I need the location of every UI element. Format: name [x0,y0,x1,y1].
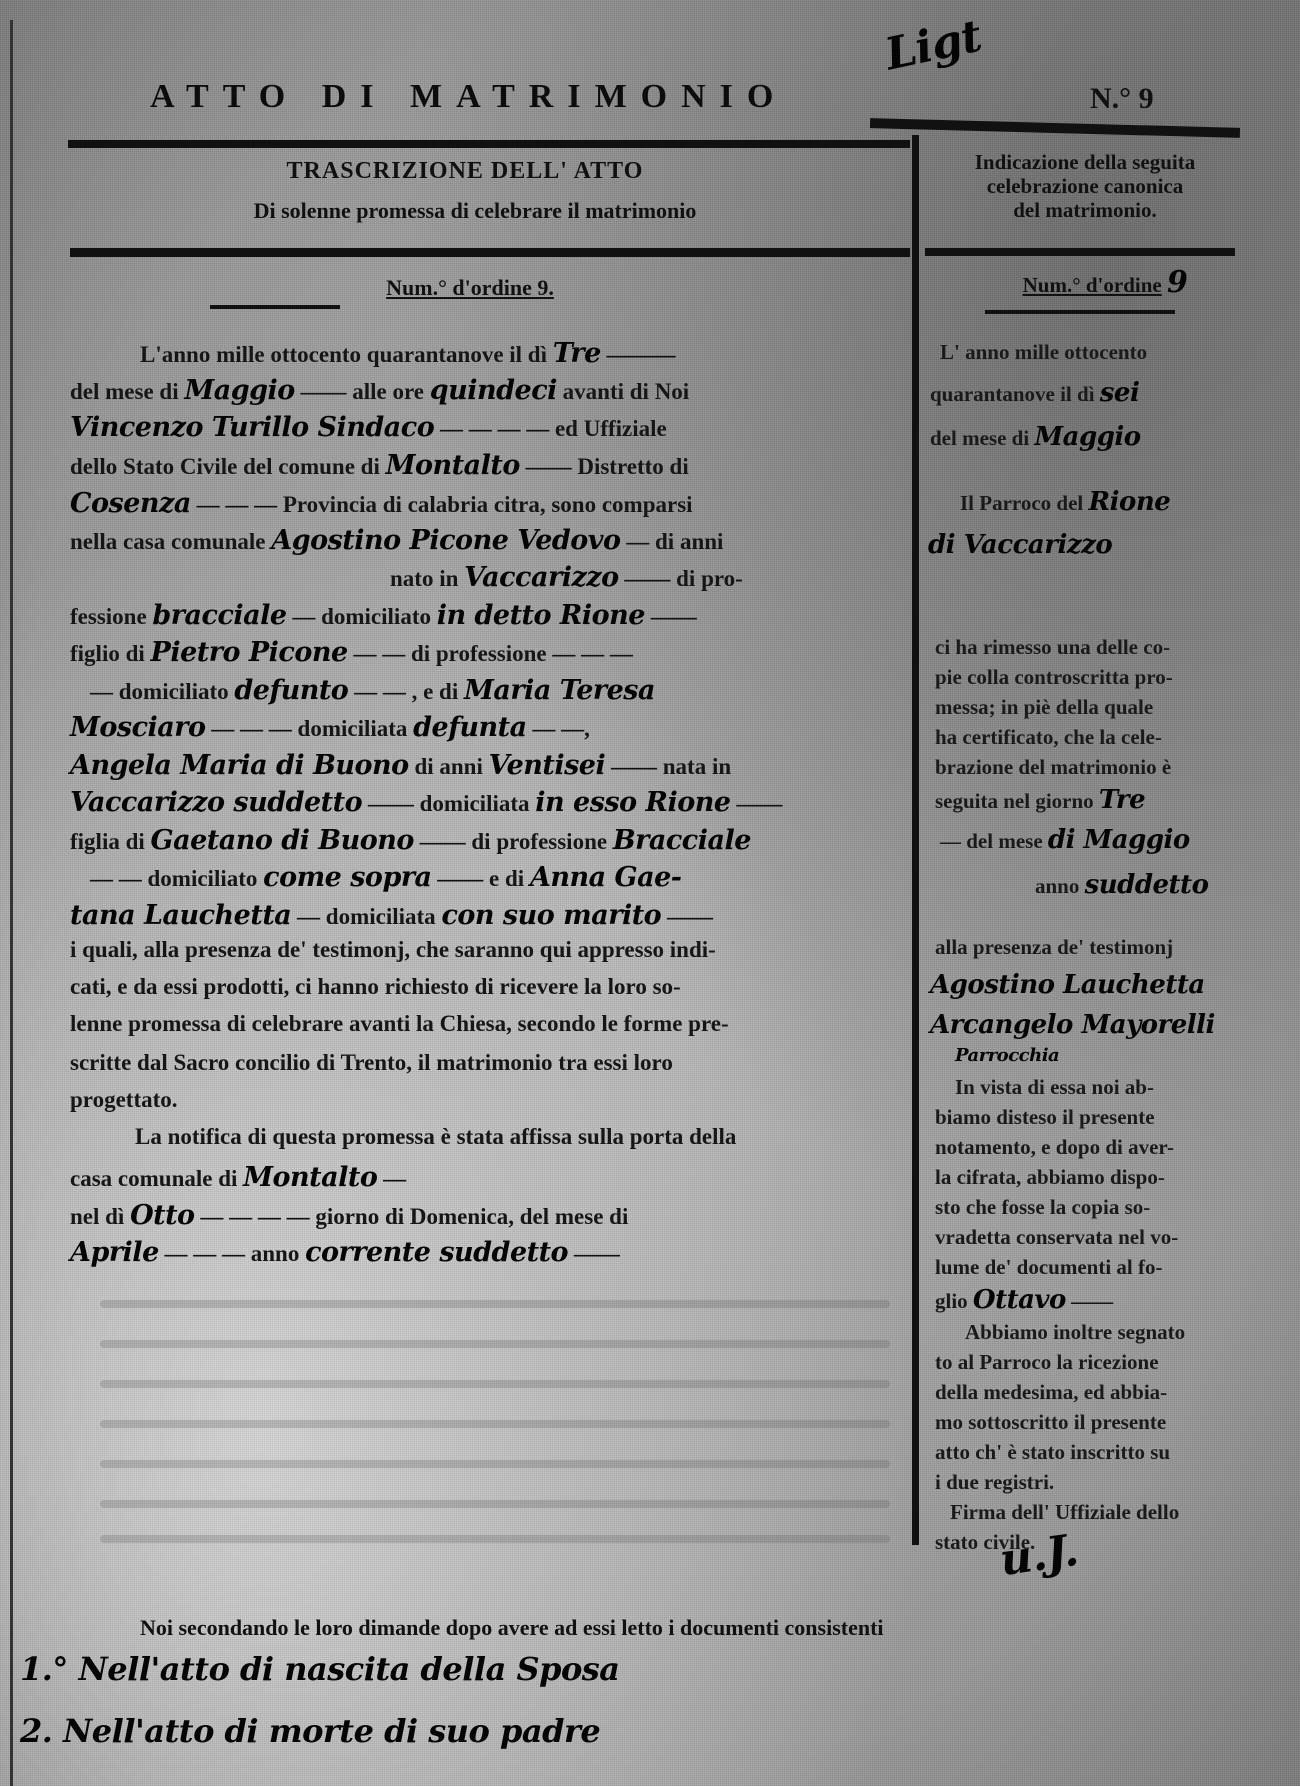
body-line: figlio di Pietro Picone — — di professio… [70,637,633,668]
handwritten-birthplace: Vaccarizzo [464,562,619,593]
faded-text [100,1420,890,1428]
body-line: L'anno mille ottocento quarantanove il d… [140,338,676,369]
handwritten-ceremony-month: di Maggio [1048,825,1190,855]
handwritten-ceremony-day: Tre [1099,785,1145,815]
right-heading-line: del matrimonio. [925,198,1245,222]
printed-text: avanti di Noi [563,379,690,404]
right-line: ha certificato, che la cele- [935,725,1162,750]
printed-text: nato in [390,566,458,591]
faded-text [100,1300,890,1308]
right-line: to al Parroco la ricezione [935,1350,1159,1375]
right-line: Firma dell' Uffiziale dello [950,1500,1179,1525]
printed-text: quarantanove il dì [930,382,1095,406]
printed-text: casa comunale di [70,1166,237,1191]
printed-text: domiciliata [326,904,436,929]
body-line: Angela Maria di Buono di anni Ventisei —… [70,750,731,781]
printed-text: , e di [412,679,459,704]
body-line: dello Stato Civile del comune di Montalt… [70,450,689,481]
body-line: nato in Vaccarizzo —— di pro- [390,562,743,593]
notice-line: casa comunale di Montalto — [70,1162,406,1193]
handwritten-comune: Montalto [386,450,520,481]
heading-rule-left [70,248,910,257]
faded-text [100,1535,890,1543]
body-line: fessione bracciale — domiciliato in dett… [70,600,697,631]
right-line: L' anno mille ottocento [940,340,1147,365]
handwritten-groom-mother: Maria Teresa [464,675,655,706]
handwritten-bride-residence: in esso Rione [535,787,730,818]
printed-text: L'anno mille ottocento quarantanove il d… [140,342,547,367]
right-line: lume de' documenti al fo- [935,1255,1162,1280]
handwritten-profession: bracciale [152,600,286,631]
printed-text: — del mese [940,829,1043,853]
printed-text: di professione [411,641,547,666]
handwritten-bride-mother: Anna Gae- [530,862,682,893]
body-line: — — domiciliato come sopra —— e di Anna … [90,862,681,893]
body-line: Cosenza — — — Provincia di calabria citr… [70,488,693,519]
right-line: di Vaccarizzo [928,530,1112,560]
printed-text: nata in [663,754,731,779]
printed-text: e di [489,866,524,891]
faded-text [100,1380,890,1388]
body-line: figlia di Gaetano di Buono —— di profess… [70,825,751,856]
notice-line: nel dì Otto — — — — giorno di Domenica, … [70,1200,628,1231]
handwritten-status: defunto [234,675,348,706]
faded-text [100,1500,890,1508]
handwritten-note: Parrocchia [955,1045,1059,1066]
printed-text: domiciliato [119,679,229,704]
handwritten-day: Tre [553,338,601,369]
paragraph-line: cati, e da essi prodotti, ci hanno richi… [70,974,681,1000]
document-number: N.° 9 [1090,82,1154,116]
printed-text: fessione [70,604,147,629]
faded-text [100,1460,890,1468]
right-line: biamo disteso il presente [935,1105,1155,1130]
order-underline [210,305,340,309]
paragraph-line: lenne promessa di celebrare avanti la Ch… [70,1011,729,1037]
handwritten-comune: Montalto [243,1162,377,1193]
printed-text: figlia di [70,829,145,854]
right-line: — del mese di Maggio [940,825,1190,855]
right-line: mo sottoscritto il presente [935,1410,1166,1435]
right-order-value: 9 [1167,265,1187,300]
body-line: nella casa comunale Agostino Picone Vedo… [70,525,723,556]
handwritten-residence: con suo marito [441,900,661,931]
printed-text: domiciliato [321,604,431,629]
right-line: quarantanove il dì sei [930,378,1139,408]
handwritten-district: Cosenza [70,488,191,519]
handwritten-folio: Ottavo [973,1285,1066,1315]
printed-text: glio [935,1289,968,1313]
handwritten-bride-age: Ventisei [489,750,606,781]
right-line: vradetta conservata nel vo- [935,1225,1178,1250]
handwritten-day: sei [1100,378,1140,408]
handwritten-parish-place: di Vaccarizzo [928,530,1112,560]
printed-text: anno [251,1241,300,1266]
top-rule-right [870,118,1240,138]
right-heading: Indicazione della seguita celebrazione c… [925,150,1245,222]
right-order-label: Num.° d'ordine [1023,273,1162,297]
handwritten-notice-day: Otto [130,1200,194,1231]
handwritten-bride: Angela Maria di Buono [70,750,409,781]
faded-text [100,1340,890,1348]
right-line: Arcangelo Mayorelli [930,1010,1215,1040]
right-order-number: Num.° d'ordine 9 [985,265,1225,300]
body-line: del mese di Maggio —— alle ore quindeci … [70,375,689,406]
printed-text: del mese di [930,426,1029,450]
body-line: tana Lauchetta — domiciliata con suo mar… [70,900,713,931]
right-heading-line: Indicazione della seguita [925,150,1245,174]
right-line: notamento, e dopo di aver- [935,1135,1174,1160]
left-order-number: Num.° d'ordine 9. [330,275,610,301]
right-line: messa; in piè della quale [935,695,1153,720]
handwritten-bride-father: Gaetano di Buono [151,825,414,856]
right-line: pie colla controscritta pro- [935,665,1173,690]
column-divider [912,135,919,1545]
notice-line: Aprile — — — anno corrente suddetto —— [70,1237,620,1268]
printed-text: seguita nel giorno [935,789,1094,813]
right-line: Abbiamo inoltre segnato [965,1320,1185,1345]
printed-text: Il Parroco del [960,491,1083,515]
right-line: della medesima, ed abbia- [935,1380,1167,1405]
handwritten-parish: Rione [1089,487,1171,517]
printed-text: figlio di [70,641,145,666]
right-line: In vista di essa noi ab- [955,1075,1154,1100]
right-line: alla presenza de' testimonj [935,935,1173,960]
printed-text: anno [1035,874,1079,898]
handwritten-mother-surname: tana Lauchetta [70,900,291,931]
body-line: — domiciliato defunto — — , e di Maria T… [90,675,655,706]
right-line: ci ha rimesso una delle co- [935,635,1170,660]
corner-signature: Ligt [881,10,986,80]
handwritten-witness: Agostino Lauchetta [930,970,1205,1000]
body-line: Vaccarizzo suddetto —— domiciliata in es… [70,787,782,818]
printed-text: di professione [471,829,607,854]
handwritten-residence: in detto Rione [437,600,645,631]
right-line: la cifrata, abbiamo dispo- [935,1165,1165,1190]
body-line: Vincenzo Turillo Sindaco — — — — ed Uffi… [70,412,667,443]
document-page: ATTO DI MATRIMONIO Ligt N.° 9 TRASCRIZIO… [0,0,1300,1786]
right-line: sto che fosse la copia so- [935,1195,1150,1220]
printed-text: di anni [414,754,482,779]
right-line: seguita nel giorno Tre [935,785,1145,815]
handwritten-father-profession: Bracciale [613,825,751,856]
handwritten-officer: Vincenzo Turillo Sindaco [70,412,434,443]
handwritten-bride-birthplace: Vaccarizzo suddetto [70,787,362,818]
printed-text: Distretto di [577,454,688,479]
handwritten-residence: come sopra [263,862,431,893]
document-title: ATTO DI MATRIMONIO [150,78,787,116]
handwritten-status: defunta [413,712,526,743]
right-line: brazione del matrimonio è [935,755,1171,780]
handwritten-witness: Arcangelo Mayorelli [930,1010,1215,1040]
handwritten-month: Maggio [1034,422,1140,452]
printed-text: ed Uffiziale [555,416,667,441]
right-line: Agostino Lauchetta [930,970,1205,1000]
paragraph-line: progettato. [70,1087,178,1113]
handwritten-month: Maggio [184,375,294,406]
handwritten-notice-month: Aprile [70,1237,159,1268]
left-heading-promise: Di solenne promessa di celebrare il matr… [160,198,790,224]
handwritten-document-1: 1.° Nell'atto di nascita della Sposa [20,1650,620,1688]
printed-text: nella casa comunale [70,529,266,554]
right-heading-line: celebrazione canonica [925,174,1245,198]
printed-text: domiciliata [420,791,530,816]
printed-text: nel dì [70,1204,124,1229]
handwritten-ceremony-year: suddetto [1085,870,1209,900]
notice-line: La notifica di questa promessa è stata a… [135,1124,736,1150]
right-line: glio Ottavo —— [935,1285,1113,1315]
handwritten-groom: Agostino Picone Vedovo [271,525,620,556]
printed-text: Provincia di calabria citra, sono compar… [283,492,693,517]
right-line: Il Parroco del Rione [960,487,1170,517]
officer-signature: u.J. [997,1525,1081,1586]
right-line: Parrocchia [955,1042,1059,1067]
paragraph-line: scritte dal Sacro concilio di Trento, il… [70,1050,673,1076]
paragraph-line: i quali, alla presenza de' testimonj, ch… [70,937,716,963]
left-heading-transcription: TRASCRIZIONE DELL' ATTO [230,158,700,185]
right-line: del mese di Maggio [930,422,1141,452]
page-left-edge [10,20,13,1786]
right-line: anno suddetto [1035,870,1208,900]
handwritten-mother-surname: Mosciaro [70,712,206,743]
printed-text: di anni [655,529,723,554]
right-order-underline [985,310,1175,314]
printed-text: domiciliato [148,866,258,891]
handwritten-groom-father: Pietro Picone [151,637,348,668]
right-line: i due registri. [935,1470,1054,1495]
printed-text: di pro- [676,566,743,591]
handwritten-notice-year: corrente suddetto [305,1237,568,1268]
printed-text: domiciliata [298,716,408,741]
handwritten-hour: quindeci [430,375,557,406]
printed-text: giorno di Domenica, del mese di [315,1204,628,1229]
top-rule-left [68,140,910,148]
heading-rule-right [925,248,1235,256]
printed-text: dello Stato Civile del comune di [70,454,380,479]
body-line: Mosciaro — — — domiciliata defunta — —, [70,712,590,743]
printed-text: alle ore [352,379,424,404]
right-line: atto ch' è stato inscritto su [935,1440,1170,1465]
bottom-printed-line: Noi secondando le loro dimande dopo aver… [140,1615,884,1641]
handwritten-document-2: 2. Nell'atto di morte di suo padre [20,1712,600,1750]
printed-text: del mese di [70,379,179,404]
